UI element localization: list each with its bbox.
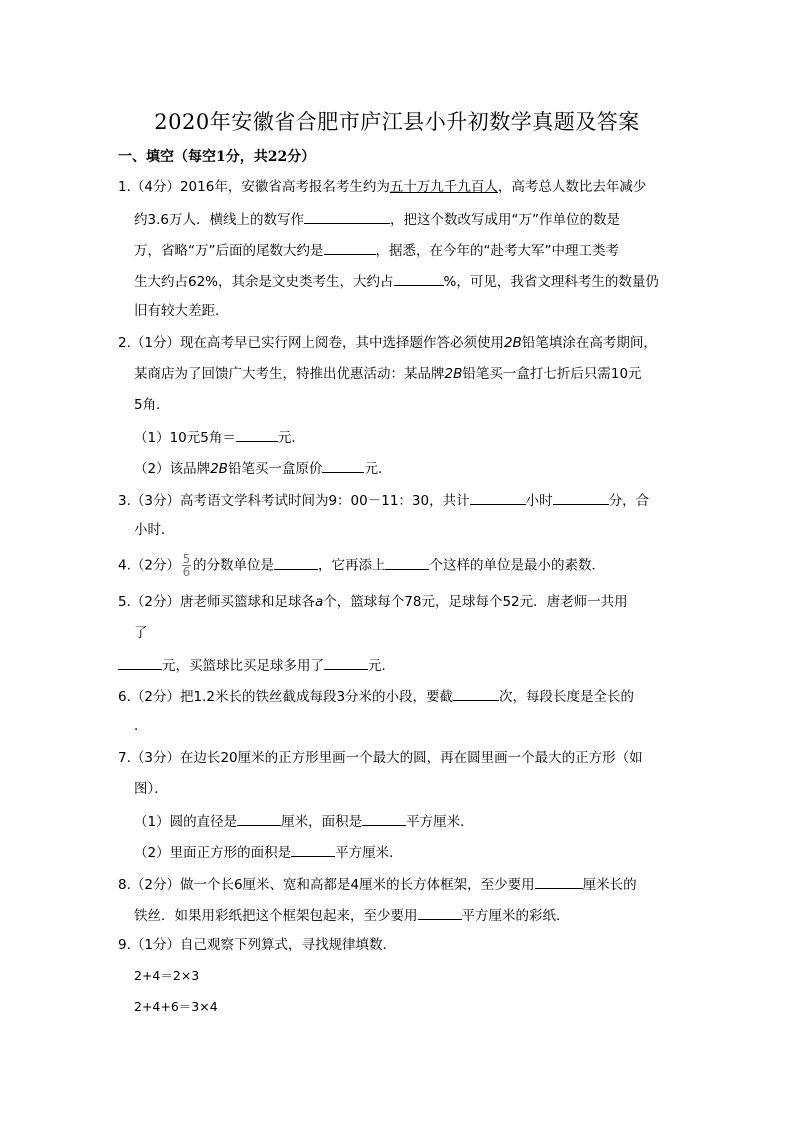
question-2-sub-1: （1）10元5角＝元．: [134, 427, 305, 447]
question-1-line-1: 1.（4分）2016年，安徽省高考报名考生约为五十万九千九百人，高考总人数比去年…: [118, 178, 646, 196]
question-1-line-3: 万，省略“万”后面的尾数大约是，据悉，在今年的“赴考大军”中理工类考: [134, 240, 619, 260]
answer-blank[interactable]: [362, 811, 406, 826]
fraction-five-sixths: 56: [182, 553, 191, 578]
question-6-line-2: ．: [134, 717, 148, 735]
answer-blank[interactable]: [385, 555, 429, 570]
question-6-line-1: 6.（2分）把1.2米长的铁丝截成每段3分米的小段，要截次，每段长度是全长的: [118, 686, 634, 706]
answer-blank[interactable]: [418, 905, 462, 920]
equation-1: 2+4＝2×3: [134, 967, 199, 985]
question-4-line-1: 4.（2分）56的分数单位是，它再添上个这样的单位是最小的素数．: [118, 553, 605, 578]
question-9-line-1: 9.（1分）自己观察下列算式，寻找规律填数．: [118, 936, 396, 954]
answer-blank[interactable]: [324, 240, 376, 255]
question-1-line-4: 生大约占62%，其余是文史类考生，大约占%，可见，我省文理科考生的数量仍: [134, 271, 659, 291]
answer-blank[interactable]: [535, 874, 583, 889]
question-2-sub-2: （2）该品牌2B铅笔买一盒原价元．: [134, 458, 391, 478]
answer-blank[interactable]: [322, 458, 364, 473]
answer-blank[interactable]: [453, 686, 499, 701]
answer-blank[interactable]: [291, 842, 335, 857]
question-2-line-2: 某商店为了回馈广大考生，特推出优惠活动：某品牌2B铅笔买一盒打七折后只需10元: [134, 365, 642, 383]
answer-blank[interactable]: [394, 271, 444, 286]
question-8-line-2: 铁丝．如果用彩纸把这个框架包起来，至少要用平方厘米的彩纸．: [134, 905, 570, 925]
question-5-line-1: 5.（2分）唐老师买篮球和足球各a个，篮球每个78元，足球每个52元．唐老师一共…: [118, 593, 628, 611]
question-2-line-3: 5角．: [134, 396, 170, 414]
question-2-line-1: 2.（1分）现在高考早已实行网上阅卷，其中选择题作答必须使用2B铅笔填涂在高考期…: [118, 334, 657, 352]
question-7-sub-2: （2）里面正方形的面积是平方厘米．: [134, 842, 403, 862]
question-5-line-3: 元，买篮球比买足球多用了元．: [118, 655, 395, 675]
answer-blank[interactable]: [470, 490, 526, 505]
answer-blank[interactable]: [236, 427, 278, 442]
equation-2: 2+4+6＝3×4: [134, 998, 218, 1016]
page-title: 2020年安徽省合肥市庐江县小升初数学真题及答案: [0, 106, 794, 136]
question-1-line-2: 约3.6万人．横线上的数写作，把这个数改写成用“万”作单位的数是: [134, 209, 620, 229]
question-7-line-1: 7.（3分）在边长20厘米的正方形里画一个最大的圆，再在圆里画一个最大的正方形（…: [118, 749, 643, 767]
answer-blank[interactable]: [237, 811, 281, 826]
answer-blank[interactable]: [553, 490, 609, 505]
section-heading: 一、填空（每空1分，共22分）: [118, 146, 315, 166]
answer-blank[interactable]: [274, 555, 318, 570]
answer-blank[interactable]: [324, 655, 368, 670]
question-8-line-1: 8.（2分）做一个长6厘米、宽和高都是4厘米的长方体框架，至少要用厘米长的: [118, 874, 637, 894]
question-7-line-2: 图）．: [134, 780, 168, 798]
answer-blank[interactable]: [118, 655, 162, 670]
question-7-sub-1: （1）圆的直径是厘米，面积是平方厘米．: [134, 811, 474, 831]
question-3-line-2: 小时．: [134, 521, 175, 539]
answer-blank[interactable]: [304, 209, 390, 224]
question-5-line-2: 了: [134, 624, 148, 642]
question-3-line-1: 3.（3分）高考语文学科考试时间为9：00－11：30，共计小时分，合: [118, 490, 649, 510]
question-1-line-5: 旧有较大差距．: [134, 302, 229, 320]
